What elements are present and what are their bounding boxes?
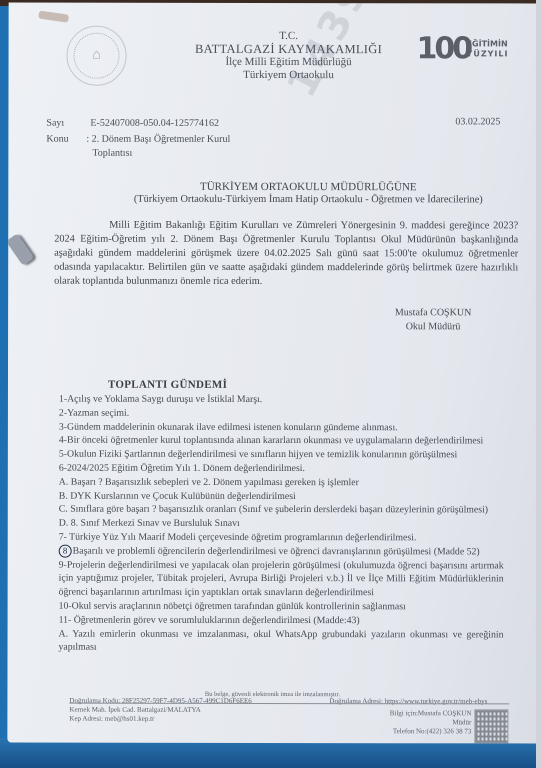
egitimin-yuzyili-logo: 100 EĞİTİMİN YÜZYILI <box>417 33 517 67</box>
addressee-subtitle: (Türkiyem Ortaokulu-Türkiyem İmam Hatip … <box>68 194 538 206</box>
agenda-item: 3-Gündem maddelerinin okunarak ilave edi… <box>59 420 504 435</box>
paper-clip-icon <box>38 11 69 23</box>
logo-text-1: EĞİTİMİN <box>467 39 508 48</box>
sayi-value: E-52407008-050.04-125774162 <box>90 117 219 130</box>
meb-seal-icon: ⌂ <box>67 26 127 86</box>
agenda-item: 4-Bir önceki öğretmenler kurul toplantıs… <box>59 434 504 449</box>
footer-info-title: Müdür <box>347 718 471 727</box>
agenda-item: 11- Öğretmenlerin görev ve sorumluluklar… <box>59 613 504 628</box>
footer-kep: Kep Adresi: meb@hs01.kep.tr <box>69 715 154 724</box>
handwritten-circle-mark: 8 <box>59 544 72 557</box>
document-date: 03.02.2025 <box>455 116 500 127</box>
document-header: T.C. BATTALGAZİ KAYMAKAMLIĞI İlçe Milli … <box>169 30 409 82</box>
agenda-item-8: 8Başarılı ve problemli öğrencilerin değe… <box>59 544 504 559</box>
agenda-item: 2-Yazman seçimi. <box>59 406 504 421</box>
agenda-item-8-text: Başarılı ve problemli öğrencilerin değer… <box>73 545 480 557</box>
header-directorate: İlçe Milli Eğitim Müdürlüğü <box>169 56 409 69</box>
agenda-item: 10-Okul servis araçlarının nöbetçi öğret… <box>59 600 504 615</box>
signer-title: Okul Müdürü <box>378 320 488 334</box>
agenda-subitem: C. Sınıflara göre başarı ? başarısızlık … <box>59 503 504 518</box>
agenda-subitem: A. Başarı ? Başarısızlık sebepleri ve 2.… <box>59 475 504 490</box>
agenda-item: 5-Okulun Fiziki Şartlarının değerlendiri… <box>59 448 504 463</box>
agenda-subitem: D. 8. Sınıf Merkezi Sınav ve Bursluluk S… <box>59 517 504 532</box>
seal-emblem-icon: ⌂ <box>74 33 120 79</box>
sayi-label: Sayı <box>46 117 64 130</box>
konu-label: Konu <box>46 133 68 146</box>
agenda-item: 6-2024/2025 Eğitim Öğretim Yılı 1. Dönem… <box>59 462 504 477</box>
agenda-item: 1-Açılış ve Yoklama Saygı duruşu ve İsti… <box>59 393 504 408</box>
signer-name: Mustafa COŞKUN <box>378 306 488 320</box>
logo-number: 100 <box>417 31 471 66</box>
footer-address: Kernek Mah. İpek Cad. Battalgazi/MALATYA <box>69 706 200 715</box>
header-school: Türkiyem Ortaokulu <box>169 69 409 82</box>
agenda-item: 7- Türkiye Yüz Yılı Maarif Modeli çerçev… <box>59 531 504 546</box>
background-edge-right <box>536 0 542 768</box>
agenda-subitem: B. DYK Kurslarının ve Çocuk Kulübünün de… <box>59 489 504 504</box>
body-paragraph: Milli Eğitim Bakanlığı Eğitim Kurulları … <box>54 219 518 290</box>
header-kaymakamlik: BATTALGAZİ KAYMAKAMLIĞI <box>169 43 409 56</box>
qr-code-icon <box>475 710 507 742</box>
footer-contact: Bilgi için:Mustafa COŞKUN Müdür Telefon … <box>347 709 471 736</box>
agenda-subitem: A. Yazılı emirlerin okunması ve imzalanm… <box>59 627 504 655</box>
konu-value-line1: : 2. Dönem Başı Öğretmenler Kurul <box>86 133 230 146</box>
footer-phone: Telefon No:(422) 326 38 73 <box>347 727 471 736</box>
agenda-title: TOPLANTI GÜNDEMİ <box>108 379 227 391</box>
agenda-list: 1-Açılış ve Yoklama Saygı duruşu ve İsti… <box>59 393 504 656</box>
footer-verification-address: Doğrulama Adresi: https://www.turkiye.go… <box>329 697 487 706</box>
agenda-item: 9-Projelerin değerlendirilmesi ve yapıla… <box>59 558 504 600</box>
footer-info: Bilgi için:Mustafa COŞKUN <box>347 709 471 718</box>
addressee-title: TÜRKİYEM ORTAOKULU MÜDÜRLÜĞÜNE <box>108 181 508 194</box>
footer-verification-code: Doğrulama Kodu: 28F25297-59F7-4D95-A567-… <box>69 697 251 706</box>
binder-clip-icon <box>7 233 34 266</box>
konu-value-line2: Toplantısı <box>92 147 132 160</box>
logo-text-2: YÜZYILI <box>467 49 509 58</box>
signature-block: Mustafa COŞKUN Okul Müdürü <box>378 306 488 334</box>
document-page: 1439289891 - 1439289891 ⌂ T.C. BATTALGAZ… <box>7 3 538 744</box>
